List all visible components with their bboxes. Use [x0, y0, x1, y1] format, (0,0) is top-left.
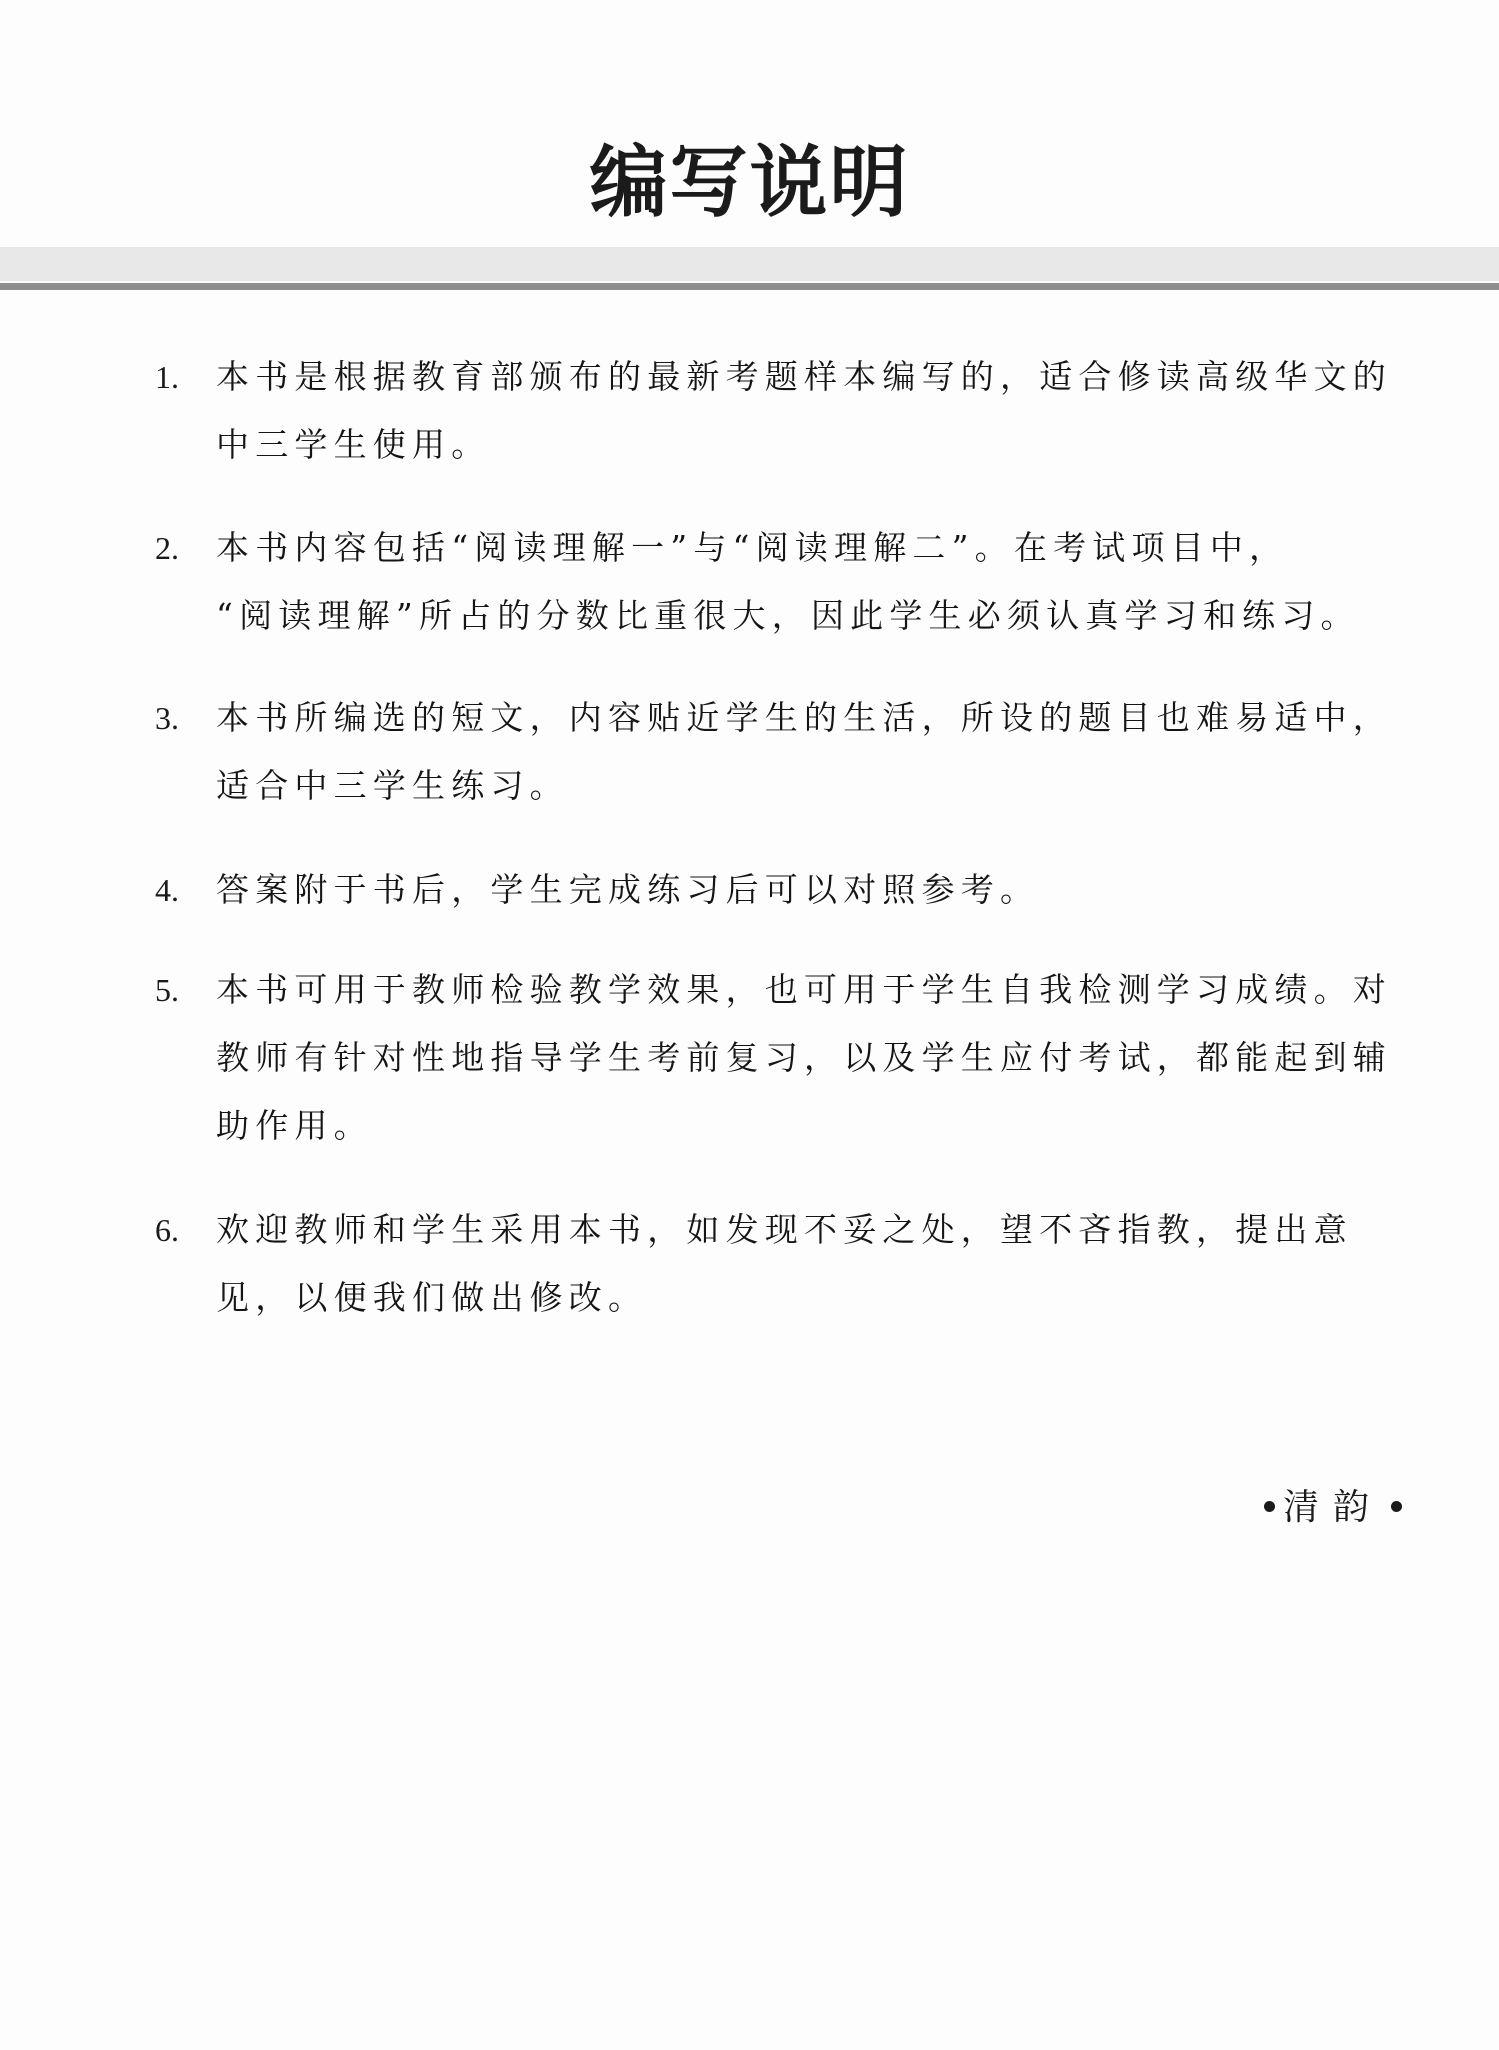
item-text-line: 助作用。: [216, 1092, 1406, 1160]
item-text-line: 本书可用于教师检验教学效果，也可用于学生自我检测学习成绩。对: [216, 956, 1406, 1024]
item-number: 4.: [155, 856, 179, 924]
item-text-line: 见，以便我们做出修改。: [216, 1264, 1406, 1332]
bullet-dot-icon: [1264, 1501, 1275, 1512]
item-text-line: 本书是根据教育部颁布的最新考题样本编写的，适合修读高级华文的: [216, 343, 1406, 411]
item-number: 5.: [155, 956, 179, 1024]
item-text-line: “阅读理解”所占的分数比重很大，因此学生必须认真学习和练习。: [216, 582, 1406, 650]
item-number: 2.: [155, 514, 179, 582]
item-text-line: 教师有针对性地指导学生考前复习，以及学生应付考试，都能起到辅: [216, 1024, 1406, 1092]
item-text-line: 本书所编选的短文，内容贴近学生的生活，所设的题目也难易适中，: [216, 684, 1406, 752]
header-band: [0, 247, 1499, 281]
bullet-dot-icon: [1391, 1501, 1402, 1512]
page-title: 编写说明: [0, 138, 1499, 228]
header-divider: [0, 283, 1499, 290]
signature-text: 清韵: [1283, 1487, 1383, 1528]
author-signature: 清韵: [1256, 1478, 1410, 1538]
item-text-line: 适合中三学生练习。: [216, 752, 1406, 820]
item-number: 6.: [155, 1196, 179, 1264]
item-number: 3.: [155, 684, 179, 752]
item-text-line: 欢迎教师和学生采用本书，如发现不妥之处，望不吝指教，提出意: [216, 1196, 1406, 1264]
item-number: 1.: [155, 343, 179, 411]
item-text-line: 本书内容包括“阅读理解一”与“阅读理解二”。在考试项目中，: [216, 514, 1406, 582]
item-text-line: 答案附于书后，学生完成练习后可以对照参考。: [216, 856, 1406, 924]
item-text-line: 中三学生使用。: [216, 411, 1406, 479]
